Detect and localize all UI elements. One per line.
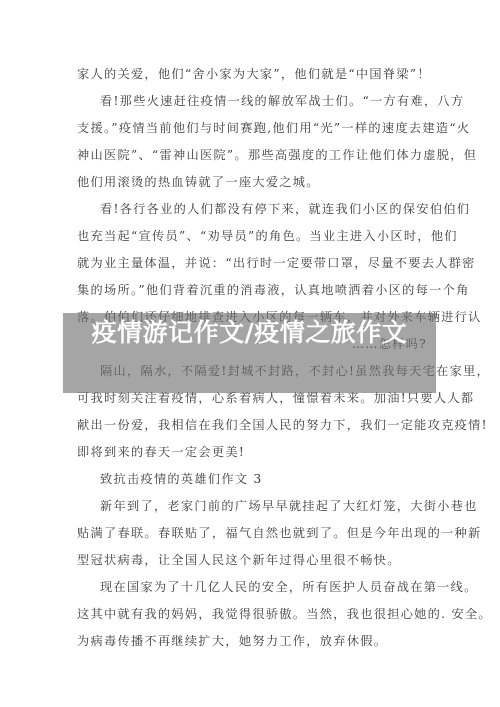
text-line: 贴满了春联。春联贴了，福气自然也就到了。但是今年出现的一种新 [77, 523, 427, 543]
section-heading: 致抗击疫情的英雄们作文 3 [100, 469, 427, 489]
text-line: 集的场所。”他们背着沉重的消毒液，认真地喷洒着小区的每一个角 [77, 280, 427, 300]
text-line: 就为业主量体温，并说：“出行时一定要带口罩，尽量不要去人群密 [77, 253, 427, 273]
text-line: 即将到来的春天一定会更美! [77, 442, 427, 462]
paragraph-start-line: 看!各行各业的人们都没有停下来，就连我们小区的保安伯伯们 [100, 199, 427, 219]
text-line: 他们用滚烫的热血铸就了一座大爱之城。 [77, 172, 427, 192]
overlay-title: 疫情游记作文/疫情之旅作文 [63, 318, 436, 347]
text-line: 也充当起“宣传员”、“劝导员”的角色。当业主进入小区时，他们 [77, 226, 427, 246]
text-line: 家人的关爱，他们“舍小家为大家”，他们就是“中国脊梁”！ [77, 64, 427, 84]
paragraph-start-line: 新年到了，老家门前的广场早早就挂起了大红灯笼，大街小巷也 [100, 496, 427, 516]
text-line: 为病毒传播不再继续扩大，她努力工作，放弃休假。 [77, 631, 427, 651]
paragraph-start-line: 现在国家为了十几亿人民的安全，所有医护人员奋战在第一线。 [100, 577, 427, 597]
text-line: 支援。”疫情当前他们与时间赛跑,他们用“光”一样的速度去建造“火 [77, 118, 427, 138]
text-line: 型冠状病毒，让全国人民这个新年过得心里很不畅快。 [77, 550, 427, 570]
text-line: 神山医院”、“雷神山医院”。那些高强度的工作让他们体力虚脱，但 [77, 145, 427, 165]
text-line: 献出一份爱，我相信在我们全国人民的努力下，我们一定能攻克疫情! [77, 415, 427, 435]
paragraph-start-line: 看!那些火速赶往疫情一线的解放军战士们。“一方有难，八方 [100, 91, 427, 111]
text-line: 这其中就有我的妈妈，我觉得很骄傲。当然，我也很担心她的. 安全。 [77, 604, 427, 624]
